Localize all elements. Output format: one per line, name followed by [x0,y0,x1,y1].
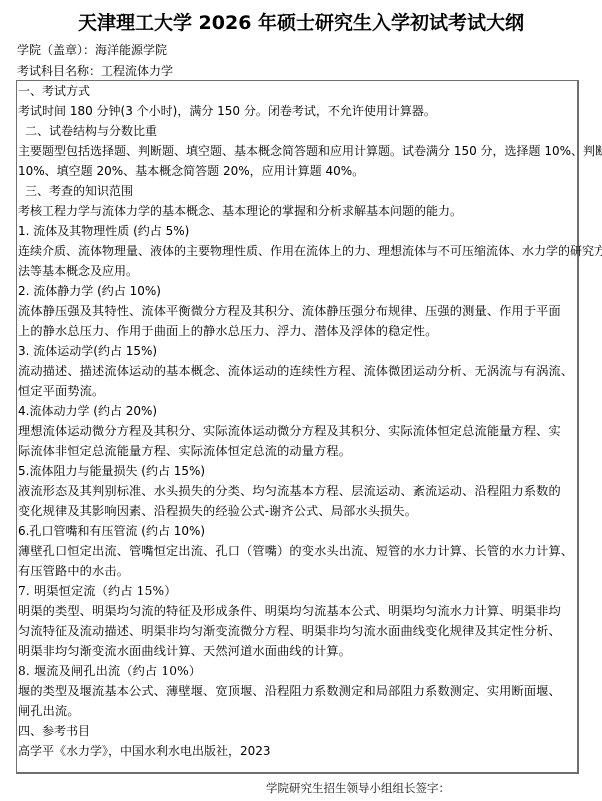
section-heading-paper-structure: 二、试卷结构与分数比重 [25,121,157,141]
section-heading-exam-format: 一、考试方式 [18,81,90,101]
topic-heading: 8. 堰流及闸孔出流（约占 10%） [18,661,201,681]
section-heading-knowledge-scope: 三、考查的知识范围 [25,181,133,201]
topic-text: 明渠非均匀渐变流水面曲线计算、天然河道水面曲线的计算。 [18,641,351,661]
topic-text: 明渠的类型、明渠均匀流的特征及形成条件、明渠均匀流基本公式、明渠均匀流水力计算、… [18,601,561,621]
topic-text: 薄壁孔口恒定出流、管嘴恒定出流、孔口（管嘴）的变水头出流、短管的水力计算、长管的… [18,541,573,561]
topic-text: 匀流特征及流动描述、明渠非均匀渐变流微分方程、明渠非均匀流水面曲线变化规律及其定… [18,621,561,641]
topic-heading: 2. 流体静力学 (约占 10%) [18,281,161,301]
document-title: 天津理工大学 2026 年硕士研究生入学初试考试大纲 [0,8,602,35]
topic-text: 有压管路中的水击。 [18,561,129,581]
topic-text: 堰的类型及堰流基本公式、薄壁堰、宽顶堰、沿程阻力系数测定和局部阻力系数测定、实用… [18,681,561,701]
topic-heading: 5.流体阻力与能量损失 (约占 15%) [18,461,205,481]
topic-heading: 4.流体动力学 (约占 20%) [18,401,157,421]
knowledge-scope-text: 考核工程力学与流体力学的基本概念、基本理论的掌握和分析求解基本问题的能力。 [18,201,462,221]
topic-text: 理想流体运动微分方程及其积分、实际流体运动微分方程及其积分、实际流体恒定总流能量… [18,421,561,441]
subject-label: 考试科目名称：工程流体力学 [17,63,173,79]
reference-text: 高学平《水力学》，中国水利水电出版社，2023 [18,741,271,761]
topic-heading: 3. 流体运动学(约占 15%) [18,341,157,361]
signature-label: 学院研究生招生领导小组组长签字： [266,780,450,796]
paper-structure-text-1: 主要题型包括选择题、判断题、填空题、基本概念简答题和应用计算题。试卷满分 150… [18,141,602,161]
topic-text: 液流形态及其判别标准、水头损失的分类、均匀流基本方程、层流运动、紊流运动、沿程阻… [18,481,561,501]
topic-text: 连续介质、流体物理量、液体的主要物理性质、作用在流体上的力、理想流体与不可压缩流… [18,241,602,261]
section-heading-references: 四、参考书目 [18,721,90,741]
topic-text: 法等基本概念及应用。 [18,261,138,281]
topic-heading: 1. 流体及其物理性质 (约占 5%) [18,221,189,241]
topic-text: 上的静水总压力、作用于曲面上的静水总压力、浮力、潜体及浮体的稳定性。 [18,321,437,341]
topic-heading: 6.孔口管嘴和有压管流 (约占 10%) [18,521,205,541]
topic-heading: 7. 明渠恒定流（约占 15%） [18,581,177,601]
topic-text: 变化规律及其影响因素、沿程损失的经验公式-谢齐公式、局部水头损失。 [18,501,417,521]
topic-text: 闸孔出流。 [18,701,80,721]
paper-structure-text-2: 10%、填空题 20%、基本概念简答题 20%，应用计算题 40%。 [18,161,364,181]
topic-text: 流体静压强及其特性、流体平衡微分方程及其积分、流体静压强分布规律、压强的测量、作… [18,301,561,321]
topic-text: 流动描述、描述流体运动的基本概念、流体运动的连续性方程、流体微团运动分析、无涡流… [18,361,573,381]
syllabus-box: 一、考试方式 考试时间 180 分钟(3 个小时)，满分 150 分。闭卷考试，… [16,80,579,774]
topic-text: 恒定平面势流。 [18,381,104,401]
college-label: 学院（盖章）：海洋能源学院 [17,42,167,58]
topic-text: 际流体非恒定总流能量方程、实际流体恒定总流的动量方程。 [18,441,351,461]
exam-format-text: 考试时间 180 分钟(3 个小时)，满分 150 分。闭卷考试，不允许使用计算… [18,101,436,121]
